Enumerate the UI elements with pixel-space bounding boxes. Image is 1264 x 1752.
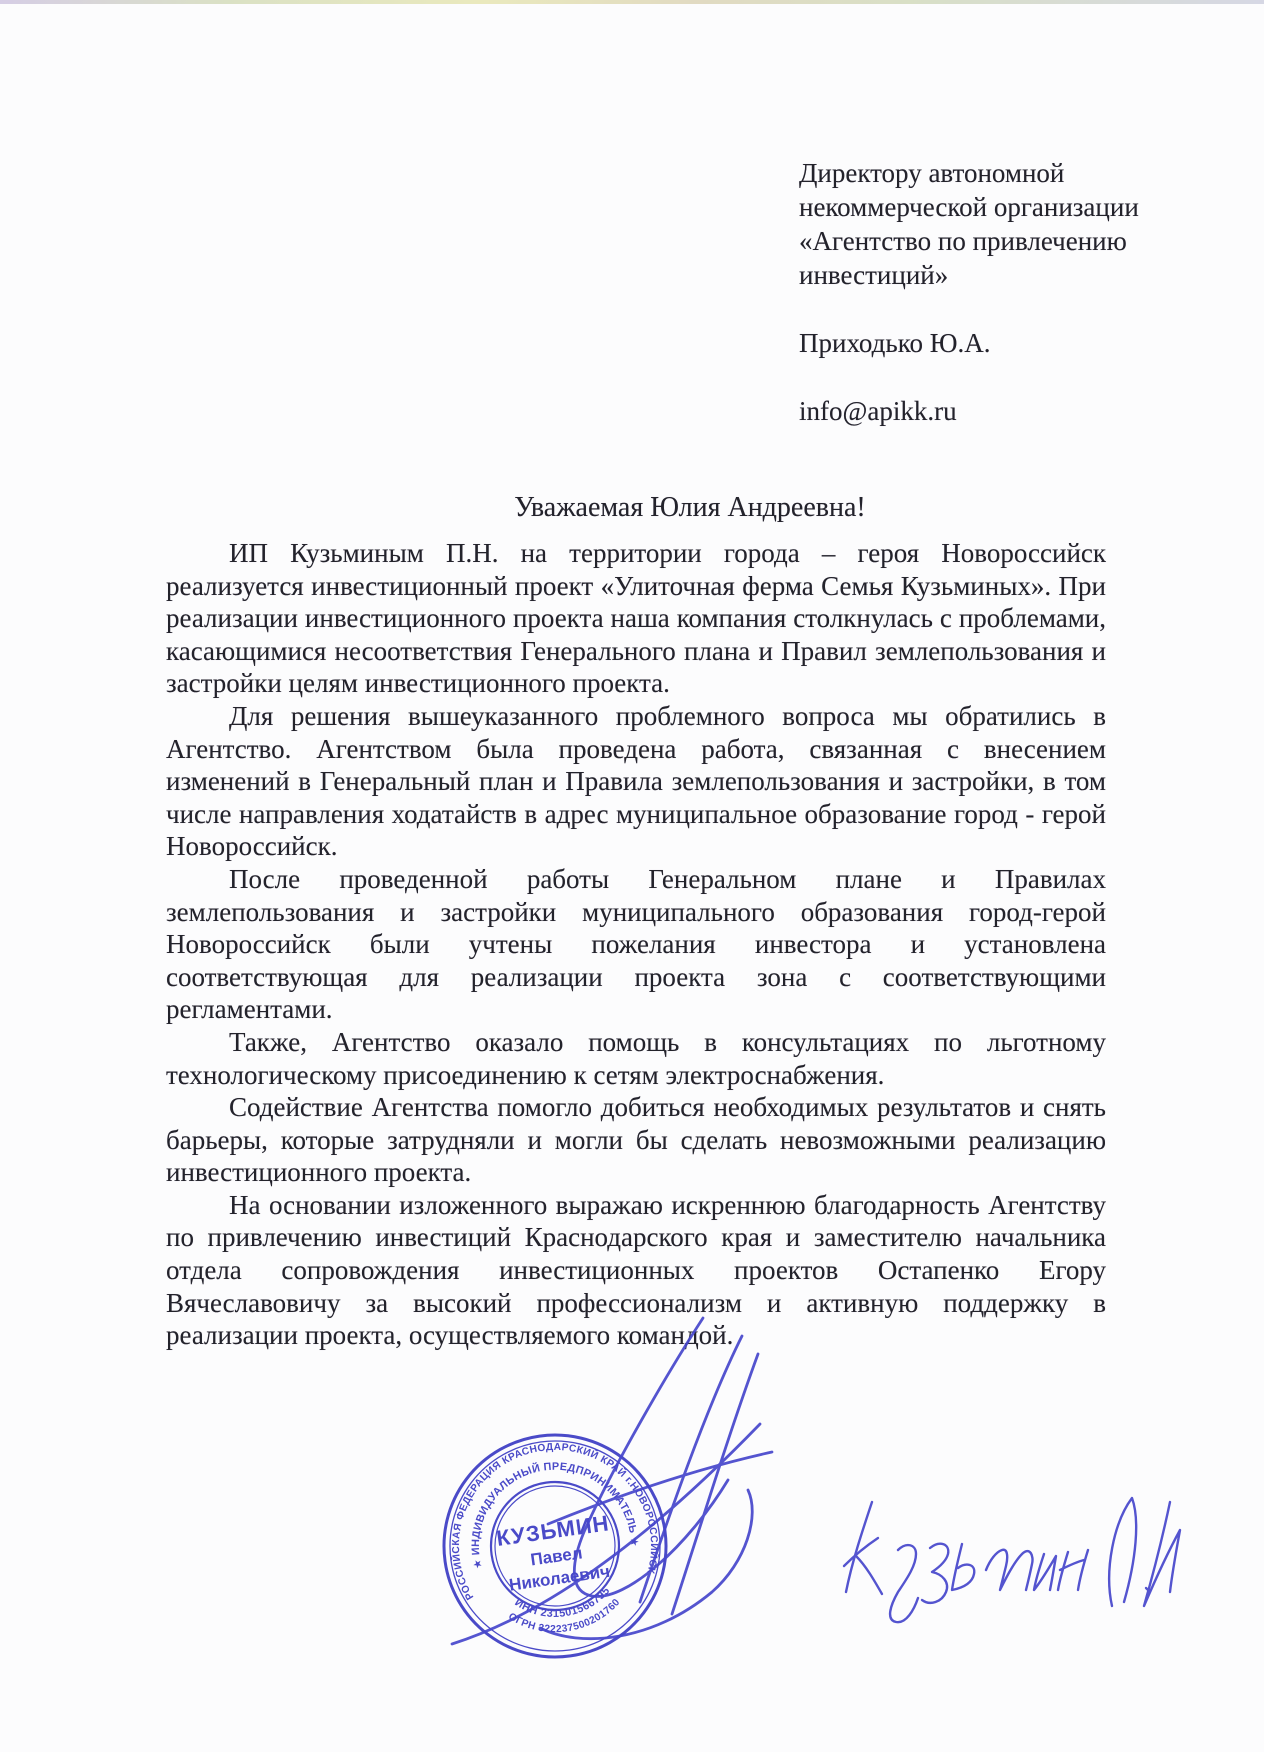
body-paragraph: На основании изложенного выражаю искренн… xyxy=(166,1189,1106,1352)
recipient-org-line: Директору автономной xyxy=(799,156,1219,190)
body-paragraph: После проведенной работы Генеральном пла… xyxy=(166,863,1106,1026)
recipient-block: Директору автономной некоммерческой орга… xyxy=(799,156,1219,428)
salutation: Уважаемая Юлия Андреевна! xyxy=(166,492,1106,524)
recipient-org-line: «Агентство по привлечению xyxy=(799,224,1219,258)
body-paragraph: Содействие Агентства помогло добиться не… xyxy=(166,1091,1106,1189)
signature-handwritten-name xyxy=(844,1498,1180,1622)
body-paragraph: Для решения вышеуказанного проблемного в… xyxy=(166,700,1106,863)
scanned-letter-page: Директору автономной некоммерческой орга… xyxy=(0,0,1264,1752)
body-paragraph: ИП Кузьминым П.Н. на территории города –… xyxy=(166,537,1106,700)
recipient-org-line: некоммерческой организации xyxy=(799,190,1219,224)
letter-body: ИП Кузьминым П.Н. на территории города –… xyxy=(166,537,1106,1352)
stamp-owner-surname: КУЗЬМИН xyxy=(495,1510,611,1551)
recipient-person: Приходько Ю.А. xyxy=(799,326,1219,360)
recipient-org-line: инвестиций» xyxy=(799,258,1219,292)
body-paragraph: Также, Агентство оказало помощь в консул… xyxy=(166,1026,1106,1091)
recipient-email: info@apikk.ru xyxy=(799,394,1219,428)
scan-artifact-top-band xyxy=(0,0,1264,4)
entrepreneur-round-stamp: ★ РОССИЙСКАЯ ФЕДЕРАЦИЯ КРАСНОДАРСКИЙ КРА… xyxy=(419,1410,690,1681)
